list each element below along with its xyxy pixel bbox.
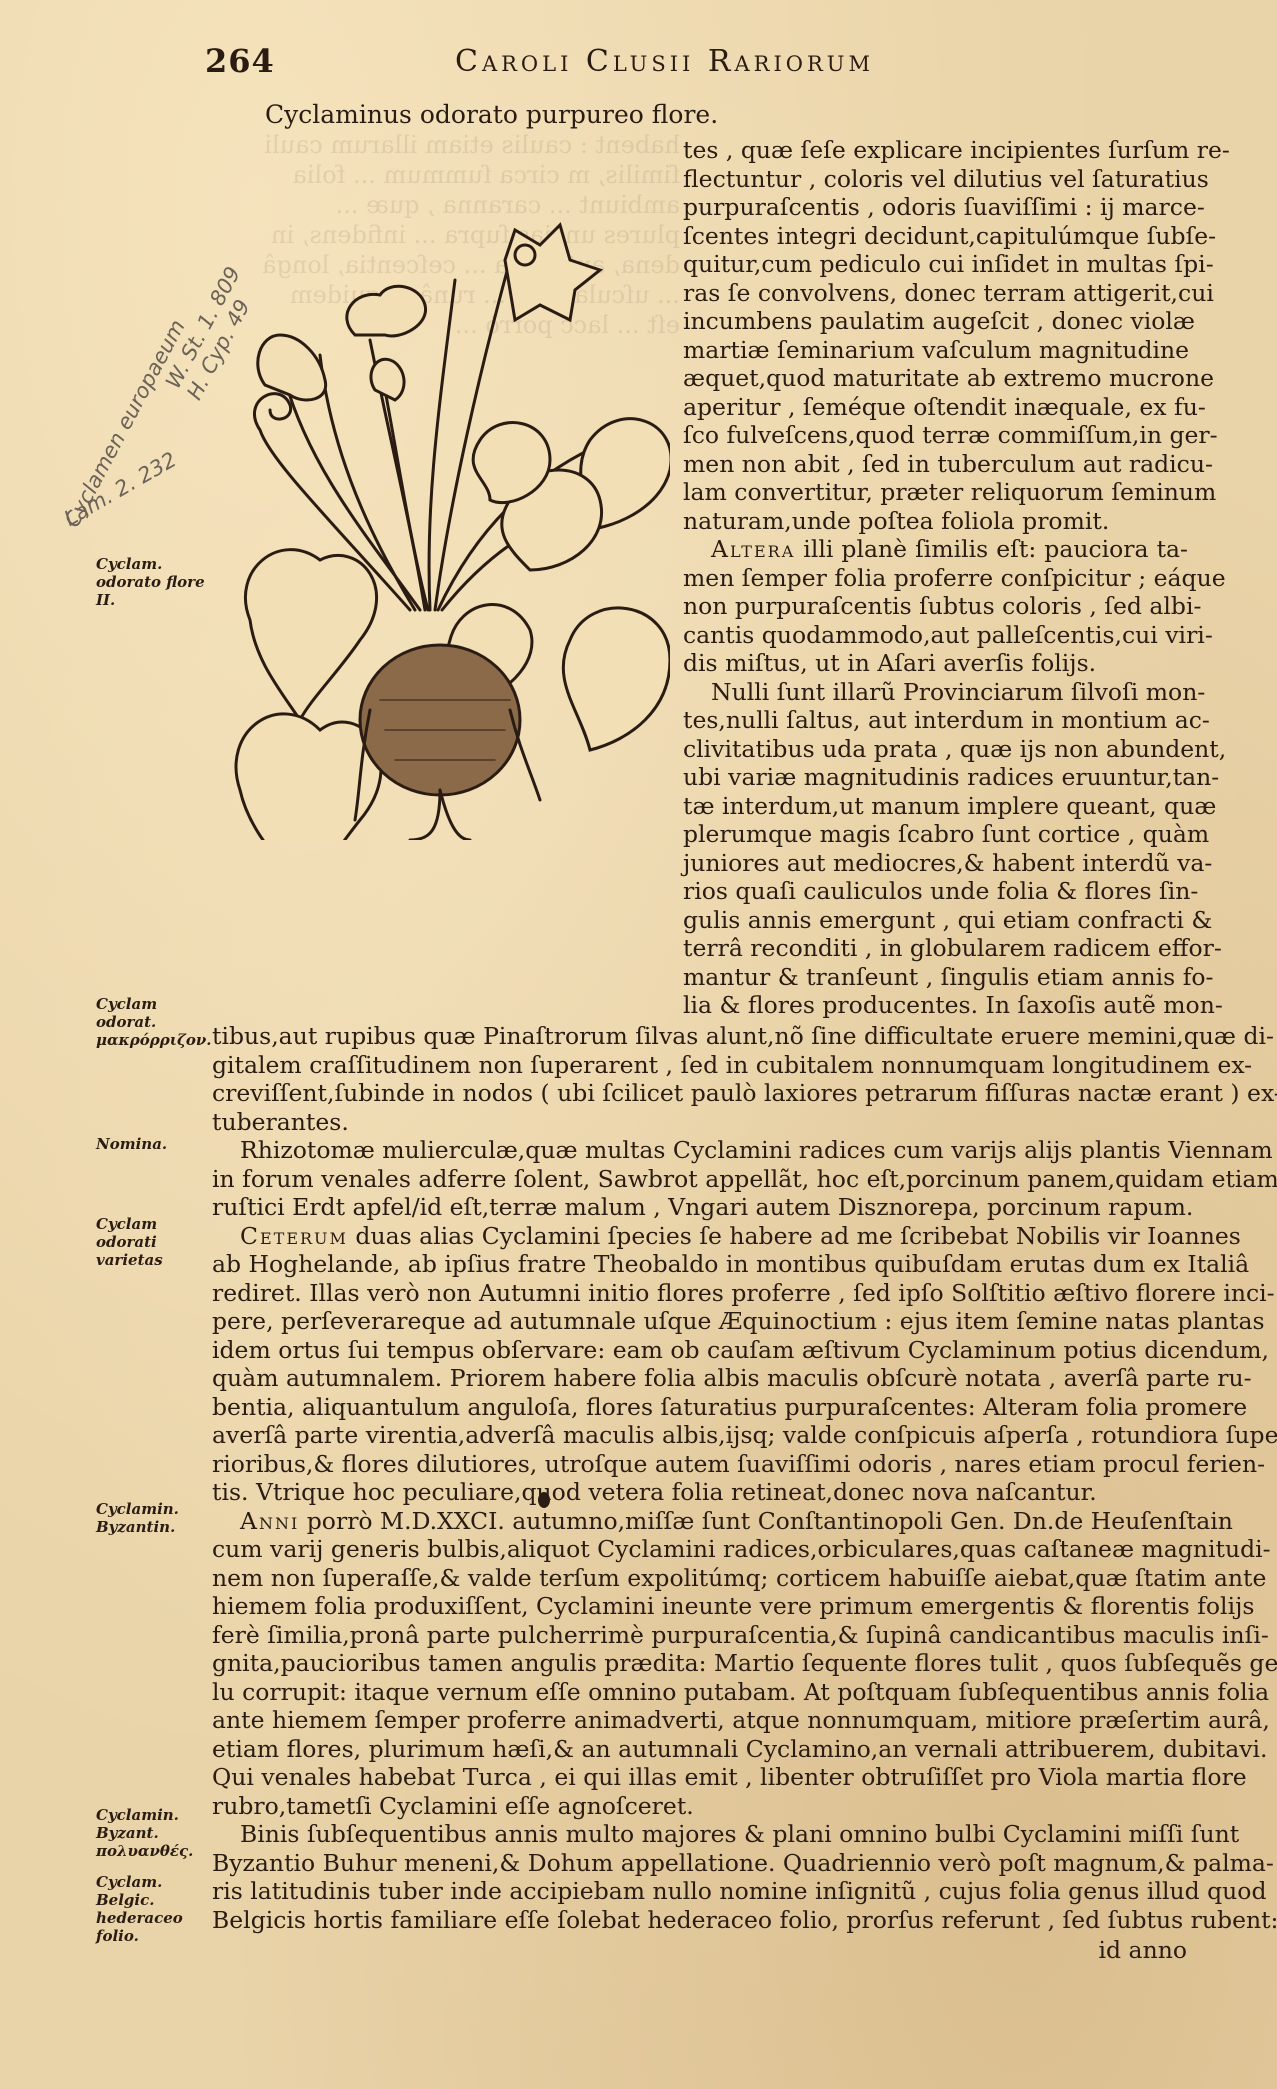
text-line: Qui venales habebat Turca , ei qui illas… [212, 1763, 1202, 1792]
text-line: lam convertitur, præter reliquorum ſemin… [683, 478, 1188, 507]
text-line: rediret. Illas verò non Autumni initio f… [212, 1279, 1202, 1308]
text-line: quàm autumnalem. Priorem habere folia al… [212, 1364, 1202, 1393]
margin-note-nomina: Nomina. [96, 1135, 206, 1153]
book-page: habent : caulis etiam illarum cauli ſimi… [0, 0, 1277, 2089]
catchword: id anno [1099, 1936, 1187, 1964]
text-line: tibus,aut rupibus quæ Pinaſtrorum ſilvas… [212, 1022, 1202, 1051]
text-line: men ſemper folia proferre conſpicitur ; … [683, 564, 1188, 593]
text-line: bentia, aliquantulum anguloſa, flores ſa… [212, 1393, 1202, 1422]
text-line: ante hiemem ſemper proferre animadverti,… [212, 1706, 1202, 1735]
text-line: cantis quodammodo,aut palleſcentis,cui v… [683, 621, 1188, 650]
text-line: flectuntur , coloris vel dilutius vel ſa… [683, 165, 1188, 194]
text-line: naturam,unde poſtea foliola promit. [683, 507, 1188, 536]
page-number: 264 [205, 42, 275, 80]
text-line: Nulli ſunt illarũ Provinciarum ſilvoſi m… [683, 678, 1188, 707]
text-line: ferè ſimilia,pronâ parte pulcherrimè pur… [212, 1621, 1202, 1650]
margin-note-byzant-greek: Cyclamin. Byzant. πολυανθές. [96, 1806, 206, 1860]
text-line: ſco fulveſcens,quod terræ commiſſum,in g… [683, 421, 1188, 450]
margin-note-belgic: Cyclam. Belgic. hederaceo folio. [96, 1873, 206, 1945]
margin-note-odorat-greek: Cyclam odorat. μακρόρριζον. [96, 995, 206, 1049]
drop-word: Anni [240, 1507, 299, 1535]
text-line: cum varij generis bulbis,aliquot Cyclami… [212, 1535, 1202, 1564]
text-line: tis. Vtrique hoc peculiare,quod vetera f… [212, 1478, 1202, 1507]
plant-illustration-icon [210, 140, 670, 840]
text-line: Binis ſubſequentibus annis multo majores… [212, 1820, 1202, 1849]
text-line: æquet,quod maturitate ab extremo mucrone [683, 364, 1188, 393]
text-line: pere, perſeverareque ad autumnale uſque … [212, 1307, 1202, 1336]
text-line: Ceterum duas alias Cyclamini ſpecies ſe … [212, 1222, 1202, 1251]
text-line: ſcentes integri decidunt,capitulúmque ſu… [683, 222, 1188, 251]
ink-spot [538, 1492, 550, 1508]
text-line: Rhizotomæ mulierculæ,quæ multas Cyclamin… [212, 1136, 1202, 1165]
text-line: dis miſtus, ut in Aſari averſis folijs. [683, 649, 1188, 678]
text-line: purpuraſcentis , odoris ſuaviſſimi : ij … [683, 193, 1188, 222]
text-line: Belgicis hortis familiare eſſe ſolebat h… [212, 1906, 1202, 1935]
text-line: in forum venales adferre ſolent, Sawbrot… [212, 1165, 1202, 1194]
text-line: ab Hoghelande, ab ipſius fratre Theobald… [212, 1250, 1202, 1279]
text-line: non purpuraſcentis ſubtus coloris , ſed … [683, 592, 1188, 621]
cyclamen-woodcut-illustration [210, 140, 670, 840]
text-line: plerumque magis ſcabro ſunt cortice , qu… [683, 820, 1188, 849]
text-line: aperitur , ſeméque oſtendit inæquale, ex… [683, 393, 1188, 422]
text-line: creviſſent,ſubinde in nodos ( ubi ſcilic… [212, 1079, 1202, 1108]
margin-note-byzantin: Cyclamin. Byzantin. [96, 1500, 206, 1536]
text-line: ruſtici Erdt apfel/id eſt,terræ malum , … [212, 1193, 1202, 1222]
text-line: gulis annis emergunt , qui etiam confrac… [683, 906, 1188, 935]
text-line: tes , quæ ſeſe explicare incipientes ſur… [683, 136, 1188, 165]
text-line: nem non ſuperaſſe,& valde terſum expolit… [212, 1564, 1202, 1593]
text-line: idem ortus ſui tempus obſervare: eam ob … [212, 1336, 1202, 1365]
text-line: martiæ ſeminarium vaſculum magnitudine [683, 336, 1188, 365]
text-line: clivitatibus uda prata , quæ ijs non abu… [683, 735, 1188, 764]
text-line: lia & flores producentes. In ſaxoſis aut… [683, 991, 1188, 1020]
text-line: terrâ reconditi , in globularem radicem … [683, 934, 1188, 963]
margin-note-odorato-flore: Cyclam. odorato flore II. [96, 555, 206, 609]
text-line: Byzantio Buhur meneni,& Dohum appellatio… [212, 1849, 1202, 1878]
right-column-text: tes , quæ ſeſe explicare incipientes ſur… [683, 136, 1188, 1020]
text-line: Altera illi planè ſimilis eſt: pauciora … [683, 535, 1188, 564]
text-line: hiemem folia produxiſſent, Cyclamini ine… [212, 1592, 1202, 1621]
text-line: rubro,tametſi Cyclamini eſſe agnoſceret. [212, 1792, 1202, 1821]
text-line: gitalem craſſitudinem non ſuperarent , ſ… [212, 1051, 1202, 1080]
text-line: ris latitudinis tuber inde accipiebam nu… [212, 1877, 1202, 1906]
text-line: ras ſe convolvens, donec terram attigeri… [683, 279, 1188, 308]
text-line: tuberantes. [212, 1108, 1202, 1137]
text-line: rios quaſi cauliculos unde folia & flore… [683, 877, 1188, 906]
text-line: gnita,paucioribus tamen angulis prædita:… [212, 1649, 1202, 1678]
full-width-text: tibus,aut rupibus quæ Pinaſtrorum ſilvas… [212, 1022, 1202, 1934]
text-line: mantur & tranſeunt , ſingulis etiam anni… [683, 963, 1188, 992]
text-line: lu corrupit: itaque vernum eſſe omnino p… [212, 1678, 1202, 1707]
text-line: rioribus,& flores dilutiores, utroſque a… [212, 1450, 1202, 1479]
text-line: etiam flores, plurimum hæſi,& an autumna… [212, 1735, 1202, 1764]
text-line: men non abit , ſed in tuberculum aut rad… [683, 450, 1188, 479]
text-line: incumbens paulatim augeſcit , donec viol… [683, 307, 1188, 336]
running-head: Caroli Clusii Rariorum [455, 44, 874, 79]
text-line: ubi variæ magnitudinis radices eruuntur,… [683, 763, 1188, 792]
page-header: 264 Caroli Clusii Rariorum [205, 42, 1205, 92]
drop-word: Ceterum [240, 1222, 348, 1250]
text-line: averſâ parte virentia,adverſâ maculis al… [212, 1421, 1202, 1450]
text-line: Anni porrò M.D.XXCI. autumno,miſſæ ſunt … [212, 1507, 1202, 1536]
text-line: tæ interdum,ut manum implere queant, quæ [683, 792, 1188, 821]
text-line: juniores aut mediocres,& habent interdũ … [683, 849, 1188, 878]
text-line: quitur,cum pediculo cui inſidet in multa… [683, 250, 1188, 279]
figure-caption: Cyclaminus odorato purpureo flore. [265, 100, 718, 129]
text-line: tes,nulli ſaltus, aut interdum in montiu… [683, 706, 1188, 735]
drop-word: Altera [711, 535, 795, 563]
margin-note-varietas: Cyclam odorati varietas [96, 1215, 206, 1269]
